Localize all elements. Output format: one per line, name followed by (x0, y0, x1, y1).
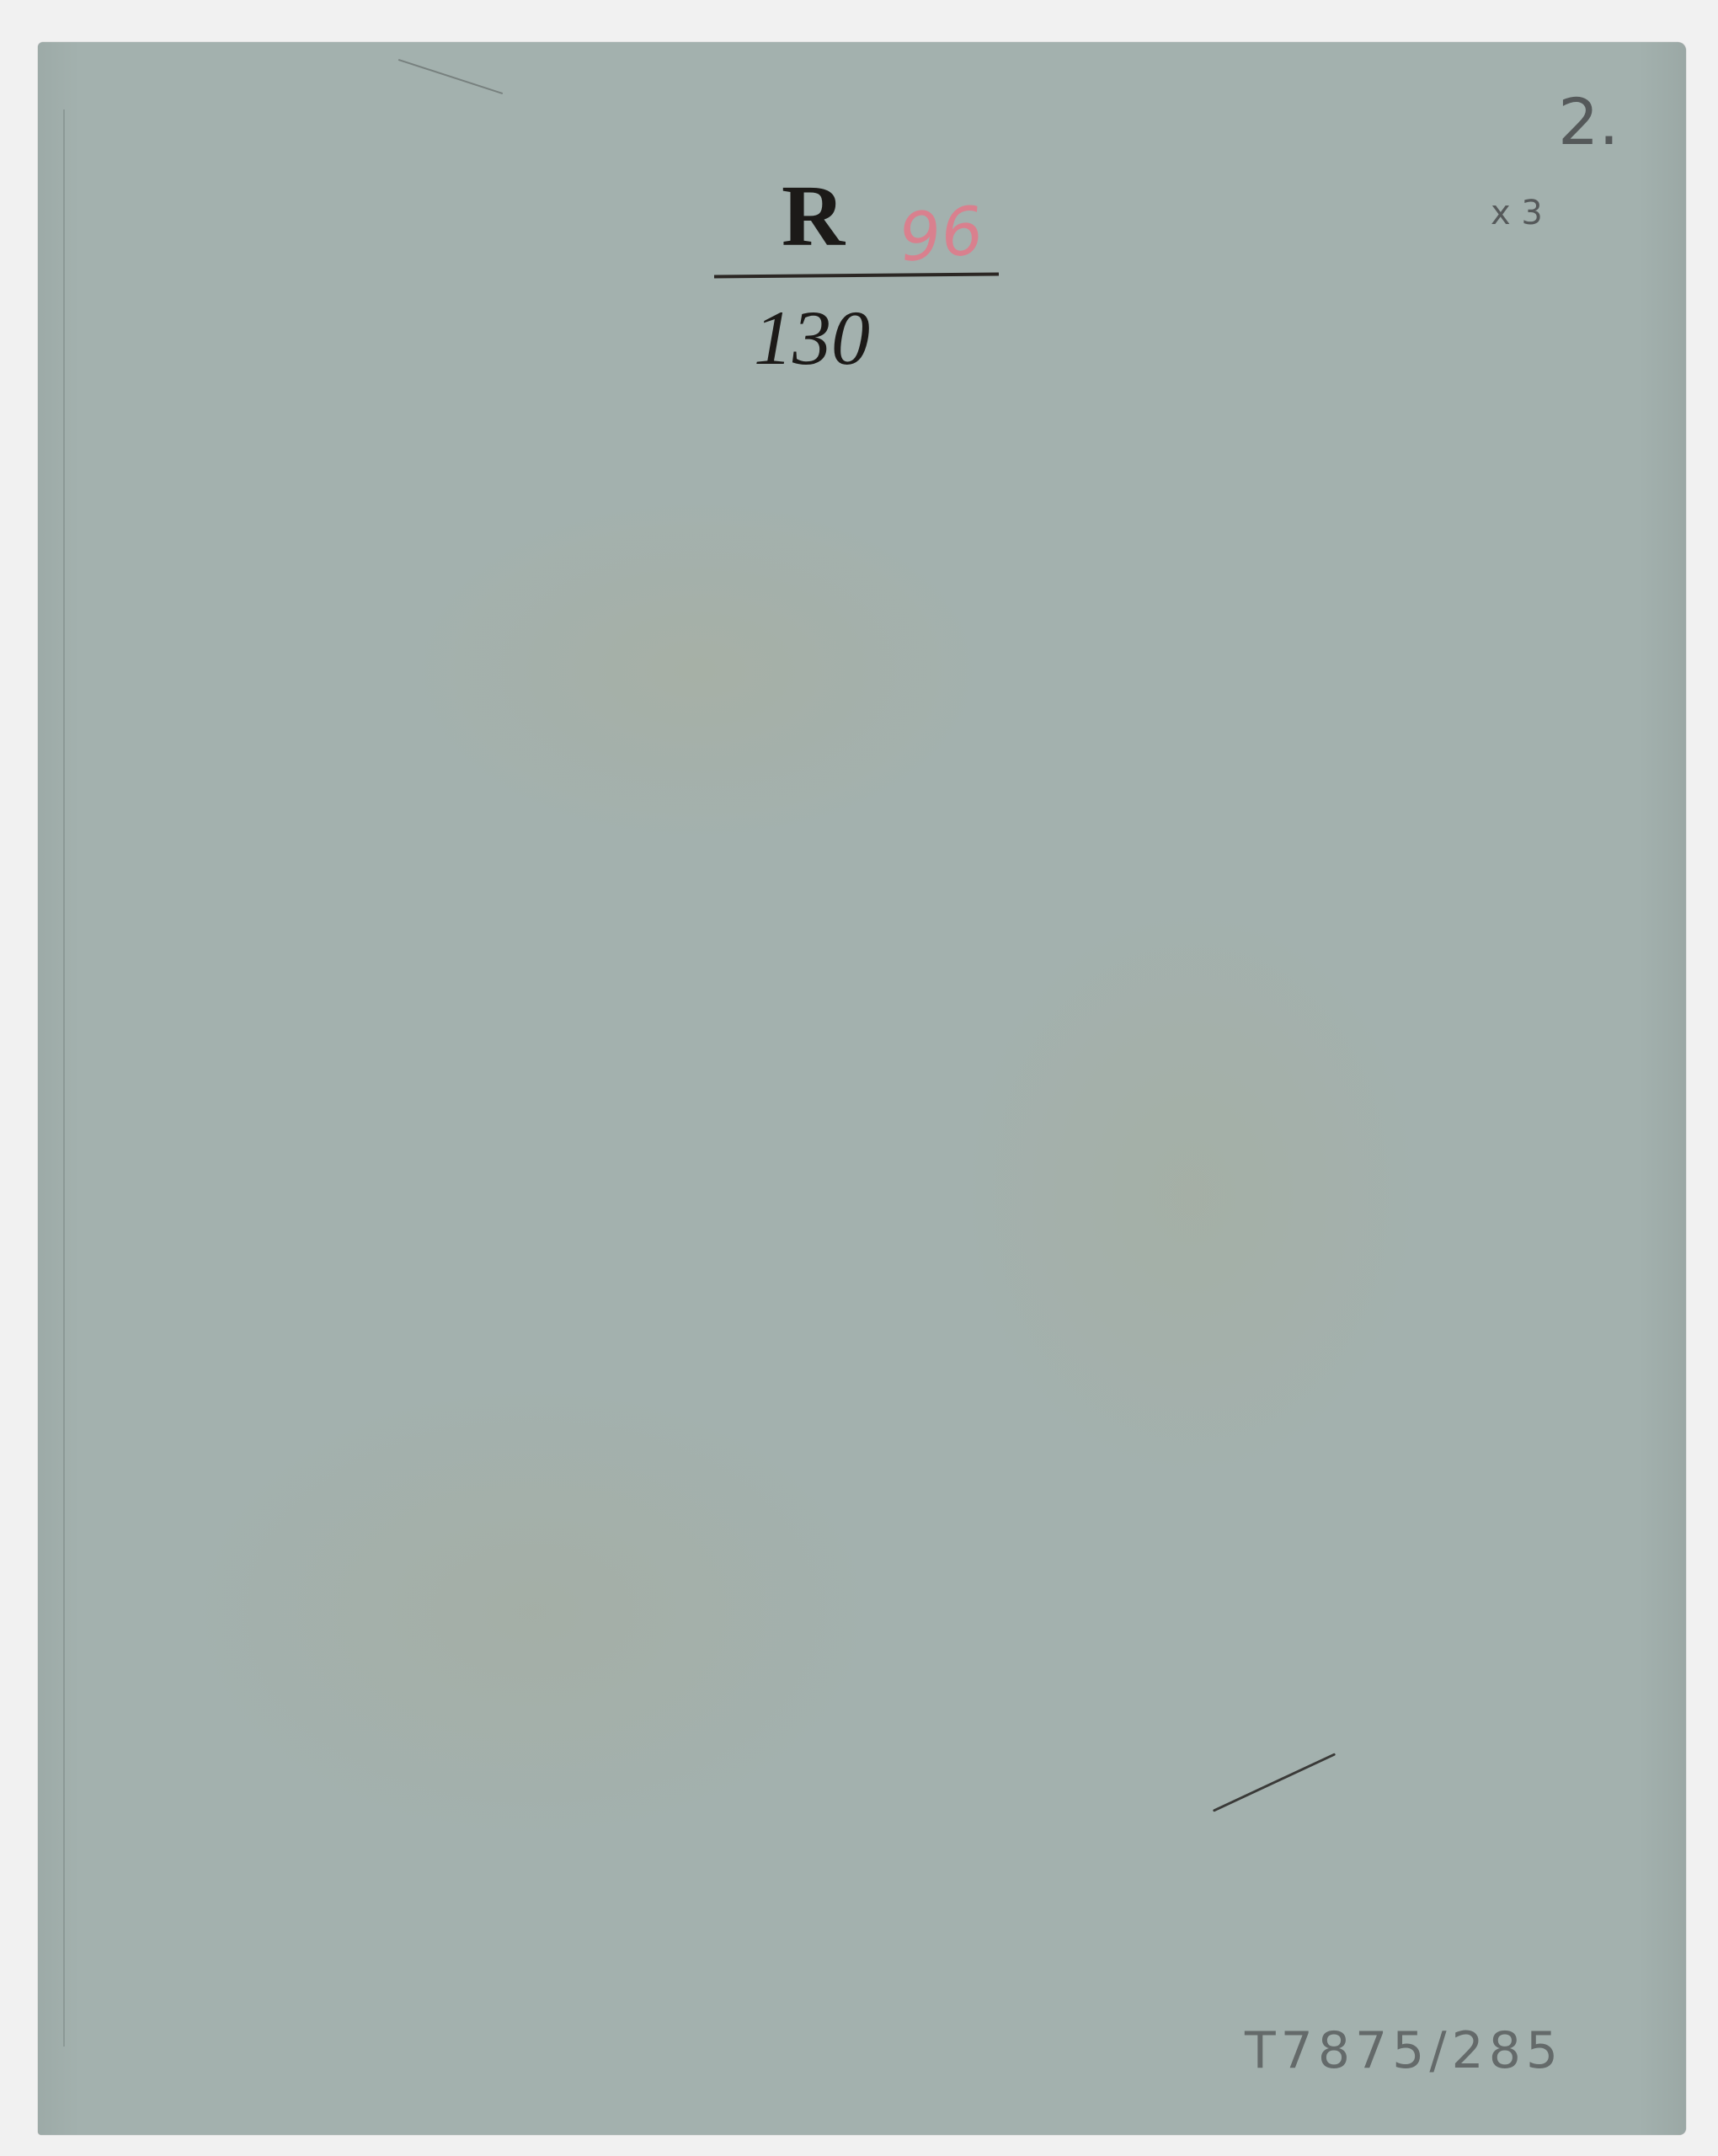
inventory-number: T7875/285 (1245, 2021, 1563, 2080)
pencil-page-number: 2. (1558, 84, 1619, 159)
shelfmark-number: 130 (754, 299, 870, 376)
spine-fold-line (63, 109, 65, 2047)
shelfmark-letter: R (782, 173, 845, 260)
red-pencil-number: 96 (896, 198, 986, 272)
pencil-note: x 3 (1491, 194, 1543, 232)
